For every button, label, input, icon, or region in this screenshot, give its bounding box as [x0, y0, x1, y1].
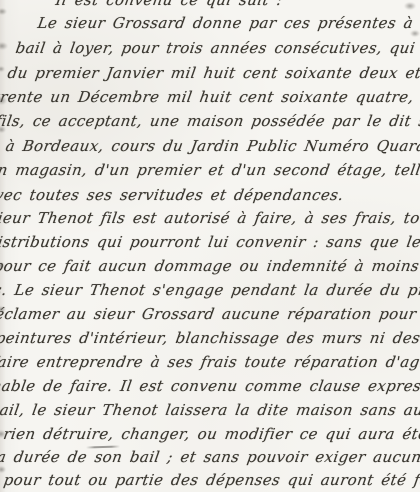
manuscript-line: bail, le sieur Thenot laissera la dite m…	[0, 400, 420, 421]
manuscript-line: s rien détruire, changer, ou modifier ce…	[0, 424, 420, 445]
manuscript-line: trente un Décembre mil huit cent soixant…	[0, 87, 420, 108]
manuscript-line: distributions qui pourront lui convenir …	[0, 232, 420, 253]
manuscript-line: un magasin, d'un premier et d'un second …	[0, 160, 420, 181]
ink-smudge	[410, 30, 420, 37]
manuscript-line: du premier Janvier mil huit cent soixant…	[6, 63, 420, 84]
manuscript-line: sieur Thenot fils est autorisé à faire, …	[0, 208, 420, 229]
ink-smudge	[404, 2, 416, 10]
manuscript-line: s. Le sieur Thenot s'engage pendant la d…	[0, 280, 420, 301]
manuscript-line: avec toutes ses servitudes et dépendance…	[0, 185, 345, 206]
ink-smudge	[0, 8, 7, 15]
manuscript-page: Il est convenu ce qui suit : Le sieur Gr…	[0, 0, 420, 492]
manuscript-line: fils, ce acceptant, une maison possédée …	[0, 111, 420, 132]
manuscript-line: pour tout ou partie des dépenses qui aur…	[2, 470, 420, 491]
manuscript-line: pour ce fait aucun dommage ou indemnité …	[0, 256, 420, 277]
manuscript-line: à Bordeaux, cours du Jardin Public Numér…	[4, 136, 420, 157]
manuscript-line: Le sieur Grossard donne par ces présente…	[36, 13, 420, 34]
ink-smudge	[0, 42, 8, 50]
manuscript-line: nable de faire. Il est convenu comme cla…	[0, 376, 420, 397]
manuscript-line: faire entreprendre à ses frais toute rép…	[0, 352, 420, 373]
manuscript-line: bail à loyer, pour trois années consécut…	[14, 38, 420, 59]
manuscript-line: Il est convenu ce qui suit :	[54, 0, 284, 11]
manuscript-line: peintures d'intérieur, blanchissage des …	[0, 328, 420, 349]
ink-smudge	[0, 66, 5, 72]
manuscript-line: la durée de son bail ; et sans pouvoir e…	[0, 447, 420, 468]
manuscript-line: réclamer au sieur Grossard aucune répara…	[0, 304, 420, 325]
